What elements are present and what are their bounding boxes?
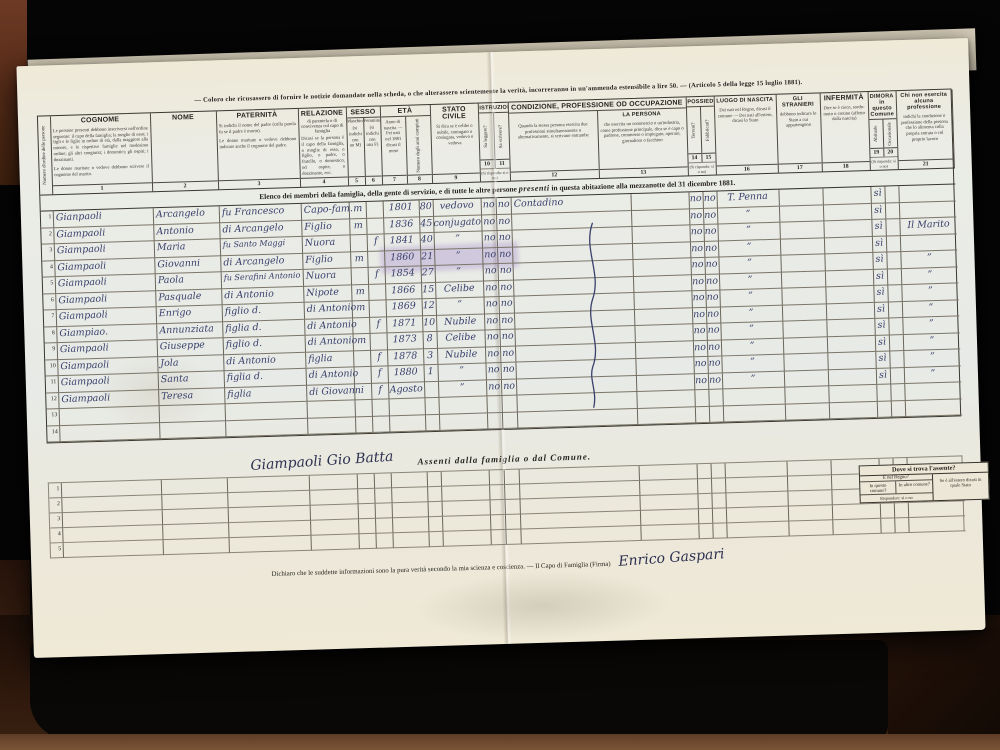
table-cell	[891, 401, 905, 418]
handwritten-entry: Giampaoli	[58, 310, 107, 323]
table-cell: sì	[872, 236, 886, 253]
table-cell	[881, 519, 895, 534]
table-cell	[369, 284, 386, 301]
table-cell: sì	[875, 335, 889, 352]
table-cell	[441, 471, 489, 487]
table-cell: no	[496, 198, 511, 215]
handwritten-entry: Giampaoli	[57, 260, 106, 273]
table-cell	[698, 494, 712, 509]
handwritten-entry: no	[695, 375, 707, 386]
handwritten-entry: Gianpaoli	[55, 211, 101, 224]
row-number-cell: 12	[46, 393, 59, 410]
table-cell	[427, 472, 441, 487]
table-cell: no	[482, 215, 497, 232]
table-cell	[634, 308, 692, 326]
table-cell: ”	[719, 256, 781, 274]
handwritten-entry: Santa	[160, 373, 188, 385]
row-number-cell: 10	[45, 360, 58, 377]
table-cell	[826, 303, 874, 321]
table-cell	[723, 404, 785, 422]
table-cell: f	[372, 383, 389, 400]
handwritten-entry: di Giovanni	[309, 385, 364, 398]
table-cell	[784, 354, 828, 372]
table-cell: sì	[871, 203, 885, 220]
handwritten-entry: T. Penna	[727, 191, 768, 204]
table-cell: Capo-fam.	[301, 203, 349, 221]
table-cell: T. Penna	[717, 190, 779, 208]
handwritten-entry: no	[486, 331, 498, 342]
table-cell: no	[708, 373, 722, 390]
table-cell: ”	[721, 322, 783, 340]
table-cell: di Antonio	[305, 335, 353, 353]
handwritten-entry: ”	[456, 266, 461, 277]
table-cell: Arcangelo	[153, 207, 219, 225]
handwritten-entry: 1873	[392, 334, 417, 346]
handwritten-entry: sì	[879, 369, 887, 380]
table-cell	[709, 390, 723, 407]
handwritten-entry: ”	[926, 252, 931, 263]
table-cell: 1866	[386, 283, 422, 301]
row-number-cell: 4	[50, 528, 63, 543]
table-cell: no	[486, 363, 501, 380]
table-cell	[877, 401, 891, 418]
table-cell: no	[498, 264, 513, 281]
table-cell: Paola	[155, 273, 221, 291]
handwritten-entry: 1854	[390, 268, 415, 280]
table-cell: no	[707, 340, 721, 357]
handwritten-entry: ”	[929, 335, 934, 346]
handwritten-entry: sì	[874, 204, 882, 215]
table-cell: 45	[420, 217, 434, 234]
handwritten-entry: f	[377, 351, 381, 362]
table-cell	[376, 519, 393, 534]
table-cell: no	[689, 192, 703, 209]
handwritten-entry: Figlio	[304, 221, 332, 233]
table-cell	[900, 234, 956, 252]
row-number: 2	[49, 498, 61, 507]
handwritten-entry: no	[693, 309, 705, 320]
handwritten-entry: Agosto	[389, 383, 422, 395]
table-cell	[505, 500, 520, 515]
row-number-cell: 1	[40, 212, 53, 229]
table-cell	[226, 419, 308, 438]
table-cell: no	[692, 308, 706, 325]
col-header-eta: ETÀ Anno di nascita — Pei nati nel 1881 …	[380, 105, 432, 186]
handwritten-entry: 80	[420, 201, 433, 212]
handwritten-entry: no	[500, 298, 512, 309]
table-cell	[505, 515, 520, 530]
handwritten-entry: no	[488, 381, 500, 392]
row-number: 5	[42, 278, 54, 287]
handwritten-entry: no	[483, 232, 495, 243]
handwritten-entry: Contadino	[513, 197, 563, 210]
table-cell	[640, 480, 698, 497]
table-cell: no	[693, 324, 707, 341]
table-cell: Enrigo	[156, 306, 222, 324]
table-cell: sì	[871, 187, 885, 204]
row-number-cell: 14	[47, 426, 60, 443]
row-number: 1	[48, 483, 60, 492]
family-head-mid-signature: Giampaoli Gio Batta	[250, 449, 394, 474]
col-header-luogo-nascita: LUOGO DI NASCITA Dei nati nel Regno, dic…	[714, 95, 778, 176]
table-cell: sì	[872, 220, 886, 237]
row-number: 6	[43, 294, 55, 303]
handwritten-entry: Arcangelo	[155, 208, 204, 221]
table-cell: Il Marito	[900, 218, 956, 236]
table-cell: ”	[434, 232, 482, 250]
table-cell	[505, 485, 520, 500]
table-cell	[374, 474, 391, 489]
table-cell	[723, 388, 785, 406]
table-cell: no	[482, 231, 497, 248]
handwritten-entry: fu Serafini Antonio	[223, 271, 300, 283]
table-cell: ”	[435, 248, 483, 266]
table-cell: ”	[903, 333, 959, 351]
handwritten-entry: Giampaoli	[60, 359, 109, 372]
table-cell: no	[485, 347, 500, 364]
handwritten-entry: sì	[873, 188, 881, 199]
row-number-cell: 3	[41, 244, 54, 261]
table-cell	[428, 487, 442, 502]
handwritten-entry: no	[691, 259, 703, 270]
handwritten-entry: no	[708, 341, 720, 352]
handwritten-entry: no	[487, 348, 499, 359]
table-cell	[895, 518, 909, 533]
table-cell	[310, 490, 358, 506]
handwritten-entry: sì	[875, 254, 883, 265]
table-cell: 1873	[387, 333, 423, 351]
table-cell	[631, 209, 689, 227]
handwritten-entry: Maria	[156, 241, 185, 253]
row-number-cell: 2	[41, 228, 54, 245]
table-cell	[887, 252, 901, 269]
handwritten-entry: Nubile	[445, 348, 478, 360]
table-cell: 10	[423, 316, 437, 333]
table-cell: ”	[435, 265, 483, 283]
handwritten-entry: figlia d.	[226, 371, 263, 383]
table-cell	[633, 275, 691, 293]
handwritten-entry: no	[486, 315, 498, 326]
col-header-possiede: POSSIEDE Terreni? 14 Fabbricati? 15 (Si …	[686, 97, 716, 177]
handwritten-entry: Giampaoli	[60, 376, 109, 389]
table-cell: 21	[421, 250, 435, 267]
photo-background: — Coloro che ricusassero di fornire le n…	[0, 0, 1000, 750]
table-cell	[631, 193, 689, 211]
table-cell: no	[703, 192, 717, 209]
table-cell	[780, 222, 824, 240]
handwritten-entry: no	[500, 281, 512, 292]
handwritten-entry: sì	[878, 353, 886, 364]
handwritten-entry: no	[693, 325, 705, 336]
handwritten-entry: Enrigo	[158, 307, 191, 319]
table-cell: ”	[720, 305, 782, 323]
table-cell	[424, 382, 438, 399]
handwritten-entry: di Antonio	[307, 319, 357, 332]
handwritten-entry: sì	[875, 237, 883, 248]
table-cell	[788, 506, 832, 522]
table-cell	[727, 522, 789, 539]
table-cell: ”	[721, 338, 783, 356]
row-number: 4	[50, 528, 62, 537]
table-cell: ”	[720, 289, 782, 307]
table-cell: f	[371, 350, 388, 367]
table-cell	[359, 534, 376, 549]
table-cell	[311, 535, 359, 551]
table-cell	[636, 374, 694, 392]
table-cell: no	[499, 297, 514, 314]
handwritten-entry: no	[705, 259, 717, 270]
table-cell: vedovo	[433, 199, 481, 217]
table-cell	[783, 337, 827, 355]
handwritten-entry: 1866	[391, 284, 416, 296]
handwritten-entry: ”	[927, 269, 932, 280]
handwritten-entry: ”	[459, 365, 464, 376]
row-number-cell: 11	[45, 376, 58, 393]
table-cell	[788, 491, 832, 507]
table-cell	[355, 417, 372, 434]
table-cell: 1869	[386, 300, 422, 318]
table-cell: no	[705, 274, 719, 291]
handwritten-entry: sì	[874, 221, 882, 232]
table-cell: Nuora	[303, 269, 351, 287]
col-header-stranieri: GLI STRANIERI debbono indicare lo Stato …	[776, 93, 822, 174]
table-cell: Nuora	[302, 236, 350, 254]
table-cell	[889, 335, 903, 352]
handwritten-entry: no	[502, 364, 514, 375]
handwritten-entry: no	[691, 243, 703, 254]
table-cell: Nipote	[304, 285, 352, 303]
row-number: 2	[41, 228, 53, 237]
handwritten-entry: no	[501, 331, 513, 342]
handwritten-entry: 1869	[391, 301, 416, 313]
handwritten-entry: vedovo	[440, 200, 474, 212]
table-cell	[890, 368, 904, 385]
handwritten-entry: ”	[748, 307, 753, 318]
table-cell	[490, 500, 505, 515]
handwritten-entry: no	[709, 374, 721, 385]
table-cell	[389, 399, 425, 417]
table-cell: sì	[873, 269, 887, 286]
table-cell	[358, 489, 375, 504]
table-cell: di Antonio	[305, 318, 353, 336]
table-cell	[709, 406, 723, 423]
table-cell	[502, 396, 517, 413]
handwritten-entry: no	[691, 226, 703, 237]
table-cell: sì	[874, 302, 888, 319]
handwritten-entry: ”	[928, 318, 933, 329]
row-number-cell: 2	[49, 498, 62, 513]
table-cell	[639, 465, 697, 482]
table-cell: no	[501, 363, 516, 380]
table-cell: sì	[873, 253, 887, 270]
table-cell	[635, 341, 693, 359]
table-cell	[637, 391, 695, 409]
table-cell	[367, 218, 384, 235]
table-cell	[695, 390, 709, 407]
handwritten-entry: 3	[427, 350, 433, 361]
table-cell: Celibe	[437, 331, 485, 349]
absent-location-box: Dove si trova l'assente? È nel Regno? In…	[859, 462, 990, 504]
table-cell	[712, 494, 726, 509]
table-cell: ”	[717, 206, 779, 224]
handwritten-entry: no	[484, 249, 496, 260]
table-cell	[517, 409, 637, 429]
handwritten-entry: ”	[927, 285, 932, 296]
handwritten-entry: Paola	[157, 275, 183, 287]
table-cell	[832, 504, 880, 520]
handwritten-entry: m	[353, 220, 362, 231]
table-cell	[894, 503, 908, 518]
table-cell: ”	[903, 317, 959, 335]
col-header-infermita: INFERMITÀ Dire se è cieco, sordo-muto o …	[820, 92, 870, 173]
table-cell	[877, 385, 891, 402]
row-number-cell: 13	[46, 409, 59, 426]
handwritten-entry: 1841	[389, 235, 414, 247]
table-cell	[489, 470, 504, 485]
table-cell	[428, 517, 442, 532]
table-cell: Agosto	[388, 382, 424, 400]
table-cell: Giuseppe	[157, 339, 223, 357]
handwritten-entry: di Antonio	[224, 288, 274, 301]
table-cell	[60, 423, 160, 442]
handwritten-entry: no	[485, 282, 497, 293]
table-cell: ”	[722, 355, 784, 373]
handwritten-entry: no	[706, 292, 718, 303]
table-cell: no	[689, 209, 703, 226]
table-cell	[641, 524, 699, 541]
row-number: 7	[43, 310, 55, 319]
table-cell	[375, 489, 392, 504]
table-cell: sì	[874, 286, 888, 303]
table-cell	[784, 370, 828, 388]
table-cell: no	[703, 208, 717, 225]
handwritten-entry: Il Marito	[907, 219, 950, 232]
table-cell	[826, 286, 874, 304]
handwritten-entry: 27	[421, 267, 434, 278]
table-cell	[781, 255, 825, 273]
table-cell: no	[483, 248, 498, 265]
handwritten-entry: Giampaoli	[61, 392, 110, 405]
handwritten-entry: no	[690, 210, 702, 221]
table-cell: 1854	[385, 267, 421, 285]
table-cell: di Antonio	[306, 368, 354, 386]
handwritten-entry: no	[499, 248, 511, 259]
table-cell: no	[484, 314, 499, 331]
table-cell	[886, 219, 900, 236]
table-cell	[487, 396, 502, 413]
handwritten-entry: Giampaoli	[56, 244, 105, 257]
table-cell	[823, 187, 871, 205]
handwritten-entry: Teresa	[161, 390, 193, 402]
table-cell	[372, 400, 389, 417]
table-cell: di Antonio	[304, 302, 352, 320]
handwritten-entry: ”	[460, 382, 465, 393]
table-cell: ”	[438, 364, 486, 382]
table-cell	[711, 479, 725, 494]
col-header-nome: NOME 2	[150, 111, 218, 192]
table-cell	[890, 351, 904, 368]
shadow-corner-right	[888, 628, 1000, 750]
table-cell: 3	[423, 349, 437, 366]
table-cell	[823, 204, 871, 222]
handwritten-entry: 21	[421, 251, 434, 262]
table-cell	[825, 270, 873, 288]
table-cell: ”	[722, 371, 784, 389]
table-cell	[633, 259, 691, 277]
table-cell	[888, 285, 902, 302]
handwritten-entry: sì	[877, 303, 885, 314]
handwritten-entry: ”	[747, 274, 752, 285]
table-cell	[787, 461, 831, 477]
table-cell: no	[481, 198, 496, 215]
table-cell	[309, 475, 357, 491]
table-cell	[829, 402, 877, 420]
table-cell: no	[484, 281, 499, 298]
table-cell	[425, 415, 439, 432]
col-header-stato-civile: STATO CIVILE Si dica se è celibe o nubil…	[430, 104, 480, 185]
table-cell: no	[500, 330, 515, 347]
table-cell: ”	[902, 284, 958, 302]
table-cell: ”	[436, 298, 484, 316]
handwritten-entry: 1880	[393, 367, 418, 379]
table-cell	[789, 521, 833, 537]
table-cell	[908, 502, 964, 519]
table-cell	[782, 304, 826, 322]
table-cell: figlia	[306, 351, 354, 369]
col-header-sesso: SESSO Maschio (si indichi con un M) 5 Fe…	[346, 106, 382, 186]
handwritten-entry: 1878	[393, 350, 418, 362]
handwritten-entry: no	[704, 209, 716, 220]
table-cell	[637, 407, 695, 425]
row-number: 8	[44, 327, 56, 336]
handwritten-entry: di Antonio	[307, 335, 357, 348]
col-header-paternita: PATERNITÀ Si indichi il nome del padre (…	[216, 109, 300, 191]
row-number: 12	[46, 393, 58, 402]
table-cell: ”	[718, 239, 780, 257]
table-cell: m	[350, 219, 367, 236]
table-cell: Figlio	[303, 252, 351, 270]
table-cell	[393, 518, 429, 534]
table-cell	[640, 509, 698, 526]
table-cell	[695, 407, 709, 424]
handwritten-entry: no	[708, 358, 720, 369]
handwritten-entry: Giampaoli	[59, 343, 108, 356]
table-cell: Annunziata	[157, 322, 223, 340]
handwritten-entry: no	[502, 347, 514, 358]
handwritten-entry: m	[353, 203, 362, 214]
table-cell	[828, 369, 876, 387]
table-cell	[521, 526, 641, 545]
table-cell	[439, 413, 487, 431]
table-cell	[698, 509, 712, 524]
wood-table-front-edge	[0, 734, 1000, 750]
table-cell: Figlio	[302, 219, 350, 237]
handwritten-entry: no	[501, 314, 513, 325]
table-cell: f	[368, 268, 385, 285]
table-cell: 1841	[384, 234, 420, 252]
table-cell: no	[691, 258, 705, 275]
handwritten-entry: 10	[423, 317, 436, 328]
table-cell	[899, 201, 955, 219]
table-cell	[163, 538, 229, 555]
table-cell	[63, 540, 163, 558]
handwritten-entry: no	[707, 325, 719, 336]
table-cell	[640, 495, 698, 512]
handwritten-entry: ”	[747, 258, 752, 269]
table-cell: m	[351, 252, 368, 269]
handwritten-entry: no	[694, 358, 706, 369]
row-number-cell: 8	[44, 327, 57, 344]
